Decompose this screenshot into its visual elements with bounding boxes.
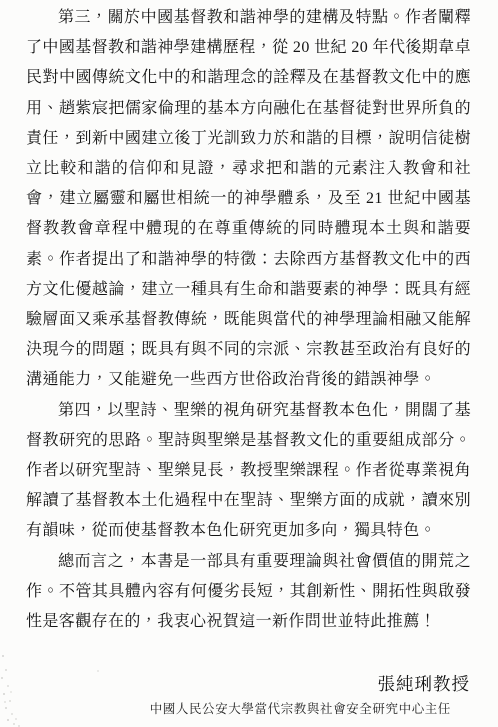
paragraph-conclusion: 總而言之，本書是一部具有重要理論與社會價值的開荒之作。不管其具體內容有何優劣長短… <box>26 547 471 638</box>
document-page: 第三，關於中國基督教和諧神學的建構及特點。作者闡釋了中國基督教和諧神學建構歷程，… <box>0 0 498 727</box>
paragraph-point-four: 第四，以聖詩、聖樂的視角研究基督教本色化，開闊了基督教研究的思路。聖詩與聖樂是基… <box>26 396 471 547</box>
paragraph-point-three: 第三，關於中國基督教和諧神學的建構及特點。作者闡釋了中國基督教和諧神學建構歷程，… <box>26 3 471 396</box>
scan-noise-speckles <box>2 655 4 657</box>
preface-body-text: 第三，關於中國基督教和諧神學的建構及特點。作者闡釋了中國基督教和諧神學建構歷程，… <box>26 3 471 637</box>
signature-name: 張純琍教授 <box>378 671 471 696</box>
signature-title: 中國人民公安大學當代宗教與社會安全研究中心主任 <box>150 699 451 717</box>
